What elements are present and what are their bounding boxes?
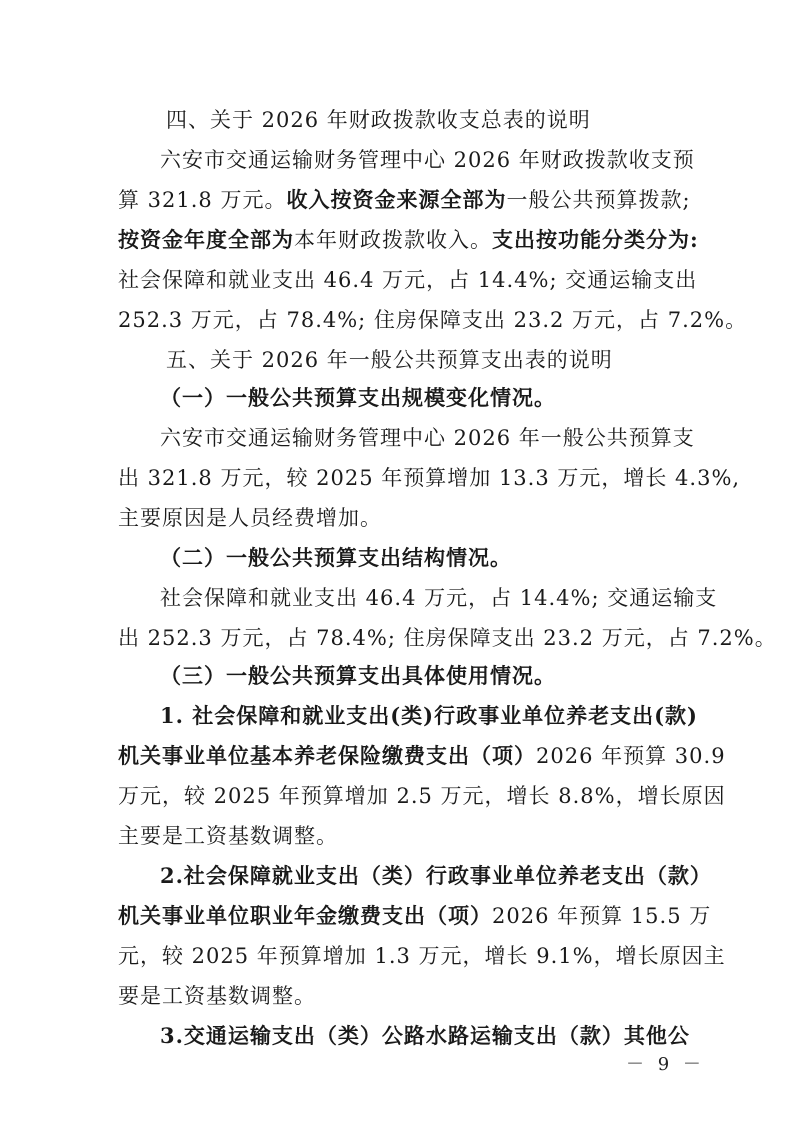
item2-line-4: 要是工资基数调整。: [118, 976, 688, 1016]
subsection1-line-3: 主要原因是人员经费增加。: [118, 498, 688, 538]
item1-line-4: 主要是工资基数调整。: [118, 816, 688, 856]
bold-text-span: 支出按功能分类分为:: [492, 227, 699, 252]
section4-heading: 四、关于 2026 年财政拨款收支总表的说明: [166, 100, 736, 140]
text-span: 本年财政拨款收入。: [294, 228, 492, 252]
section4-line-5: 252.3 万元，占 78.4%; 住房保障支出 23.2 万元，占 7.2%。: [118, 300, 688, 340]
bold-text-span: 按资金年度全部为: [118, 227, 294, 252]
item1-line-2: 机关事业单位基本养老保险缴费支出（项）2026 年预算 30.9: [118, 736, 688, 776]
text-span: 一般公共预算拨款;: [506, 188, 690, 212]
item1-line-1: 1. 社会保障和就业支出(类)行政事业单位养老支出(款): [160, 696, 730, 736]
section5-heading: 五、关于 2026 年一般公共预算支出表的说明: [166, 340, 736, 380]
subsection1-line-1: 六安市交通运输财务管理中心 2026 年一般公共预算支: [160, 418, 730, 458]
text-span: 算 321.8 万元。: [118, 188, 286, 212]
page-number: － 9 －: [626, 1050, 705, 1076]
item2-line-3: 元，较 2025 年预算增加 1.3 万元，增长 9.1%，增长原因主: [118, 936, 688, 976]
subsection2-line-2: 出 252.3 万元，占 78.4%; 住房保障支出 23.2 万元，占 7.2…: [118, 618, 688, 658]
text-span: 252.3 万元，占 78.4%; 住房保障支出 23.2 万元，占 7.2%。: [118, 308, 747, 332]
text-span: 2026 年预算 15.5 万: [492, 904, 711, 928]
bold-text-span: 机关事业单位职业年金缴费支出（项）: [118, 903, 492, 928]
item2-line-2: 机关事业单位职业年金缴费支出（项）2026 年预算 15.5 万: [118, 896, 688, 936]
section4-line-1: 六安市交通运输财务管理中心 2026 年财政拨款收支预: [160, 140, 730, 180]
subsection3-title: （三）一般公共预算支出具体使用情况。: [160, 656, 730, 696]
section4-line-2: 算 321.8 万元。收入按资金来源全部为一般公共预算拨款;: [118, 180, 688, 220]
document-page: 四、关于 2026 年财政拨款收支总表的说明 六安市交通运输财务管理中心 202…: [0, 0, 793, 1122]
subsection2-line-1: 社会保障和就业支出 46.4 万元，占 14.4%; 交通运输支: [160, 578, 730, 618]
item1-line-3: 万元，较 2025 年预算增加 2.5 万元，增长 8.8%，增长原因: [118, 776, 688, 816]
text-span: 2026 年预算 30.9: [536, 744, 726, 768]
subsection2-title: （二）一般公共预算支出结构情况。: [160, 538, 730, 578]
bold-text-span: 收入按资金来源全部为: [286, 187, 506, 212]
item2-line-1: 2.社会保障就业支出（类）行政事业单位养老支出（款）: [160, 856, 730, 896]
section4-line-4: 社会保障和就业支出 46.4 万元，占 14.4%; 交通运输支出: [118, 260, 688, 300]
bold-text-span: 机关事业单位基本养老保险缴费支出（项）: [118, 743, 536, 768]
subsection1-line-2: 出 321.8 万元，较 2025 年预算增加 13.3 万元，增长 4.3%,: [118, 458, 688, 498]
text-span: 社会保障和就业支出 46.4 万元，占 14.4%; 交通运输支出: [118, 268, 697, 292]
subsection1-title: （一）一般公共预算支出规模变化情况。: [160, 378, 730, 418]
text-span: 六安市交通运输财务管理中心 2026 年财政拨款收支预: [160, 148, 695, 172]
section4-line-3: 按资金年度全部为本年财政拨款收入。支出按功能分类分为:: [118, 220, 688, 260]
